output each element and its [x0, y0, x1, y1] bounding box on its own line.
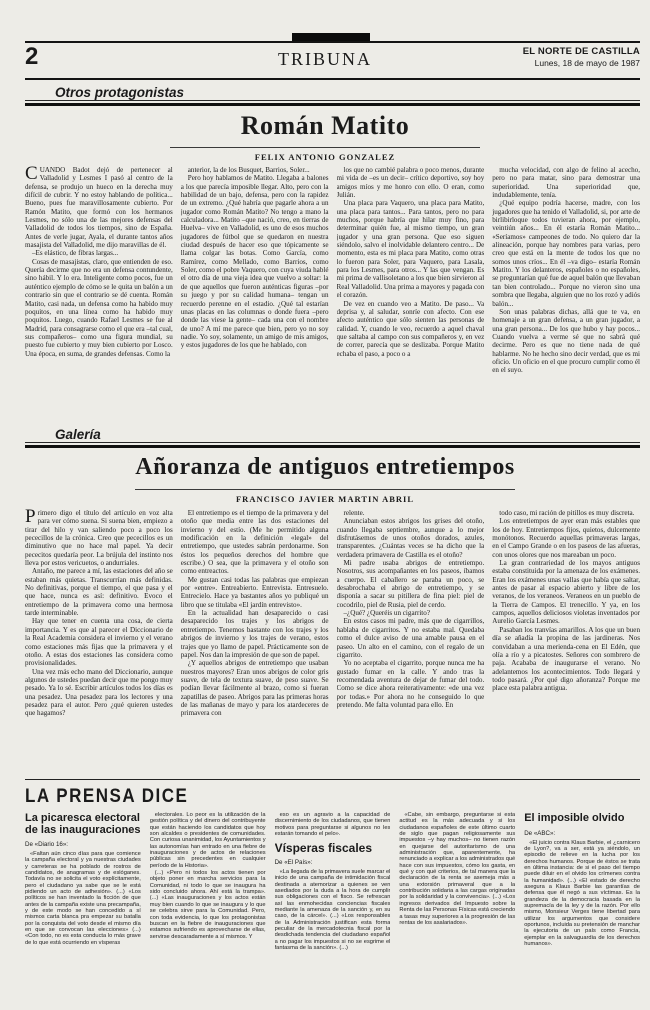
article1-column-4: mucha velocidad, con algo de felino al a…	[492, 166, 640, 422]
paragraph: los que no cambié palabra o poco menos, …	[337, 166, 485, 199]
paragraph: «Cabe, sin embargo, preguntarse si esta …	[399, 812, 515, 926]
kicker-thin-rule	[25, 100, 640, 101]
article2-byline: FRANCISCO JAVIER MARTIN ABRIL	[0, 494, 650, 504]
paragraph: ¿Y aquellos abrigos de entretiempo que u…	[181, 659, 329, 717]
paragraph: relente.	[337, 509, 485, 517]
article1-byline: FELIX ANTONIO GONZALEZ	[0, 152, 650, 162]
paragraph: –Es elástico, de fibras largas...	[25, 249, 173, 257]
paragraph: mucha velocidad, con algo de felino al a…	[492, 166, 640, 199]
paragraph: En la actualidad han desaparecido o casi…	[181, 609, 329, 659]
masthead-block: EL NORTE DE CASTILLA Lunes, 18 de mayo d…	[523, 46, 640, 68]
prensa-column-4: «Cabe, sin embargo, preguntarse si esta …	[399, 812, 515, 1008]
paragraph: «El juicio contra Klaus Barbie, el ¿carn…	[524, 840, 640, 948]
paragraph: Pasaban los tranvías amarillos. A los qu…	[492, 626, 640, 693]
article1-title: Román Matito	[0, 111, 650, 141]
paragraph: ¿Qué equipo podría hacerse, madre, con l…	[492, 199, 640, 307]
article1-column-1: CUANDO Badot dejó de pertenecer al Valla…	[25, 166, 173, 422]
issue-date: Lunes, 18 de mayo de 1987	[523, 58, 640, 68]
paragraph: Los entretiempos de ayer eran más establ…	[492, 517, 640, 559]
paragraph: «Faltan aún cinco días para que comience…	[25, 851, 141, 946]
paragraph: Primero digo el título del artículo en v…	[25, 509, 173, 567]
article2-title-rule	[135, 489, 515, 490]
prensa-column-2: electorales. Lo peor es la utilización d…	[150, 812, 266, 1008]
prensa-column-5: El imposible olvidoDe «ABC»:«El juicio c…	[524, 812, 640, 1008]
paragraph: todo caso, mi ración de pitillos es muy …	[492, 509, 640, 517]
prensa-top-rule	[25, 779, 640, 780]
paragraph: De vez en cuando veo a Matito. De paso..…	[337, 300, 485, 358]
article2-column-2: El entretiempo es el tiempo de la primav…	[181, 509, 329, 779]
article2-column-1: Primero digo el título del artículo en v…	[25, 509, 173, 779]
drop-cap: P	[25, 509, 38, 524]
prensa-column-1: La picaresca electoral de las inauguraci…	[25, 812, 141, 1008]
kicker-thick-rule	[25, 103, 640, 106]
kicker-galeria: Galería	[55, 427, 101, 442]
paragraph: –¿Qué? ¿Queréis un cigarrito?	[337, 609, 485, 617]
newspaper-page: 2 TRIBUNA EL NORTE DE CASTILLA Lunes, 18…	[0, 0, 650, 1010]
paragraph: Yo no aceptaba el cigarrito, porque nunc…	[337, 659, 485, 709]
article1-column-3: los que no cambié palabra o poco menos, …	[337, 166, 485, 422]
paragraph: Antaño, me parece a mí, las estaciones d…	[25, 567, 173, 617]
kicker-otros-protagonistas: Otros protagonistas	[55, 85, 184, 100]
prensa-headline: La picaresca electoral de las inauguraci…	[25, 813, 141, 836]
kicker2-thin-rule	[25, 442, 640, 443]
article2-column-4: todo caso, mi ración de pitillos es muy …	[492, 509, 640, 779]
article2-body: Primero digo el título del artículo en v…	[25, 509, 640, 779]
paragraph: Una vez más echo mano del Diccionario, a…	[25, 668, 173, 718]
prensa-body: La picaresca electoral de las inauguraci…	[25, 812, 640, 1008]
paragraph: eso es un agravio a la capacidad de disc…	[275, 812, 391, 837]
paragraph: Anunciaban estos abrigos los grises del …	[337, 517, 485, 559]
paragraph: Mi padre usaba abrigos de entretiempo. N…	[337, 559, 485, 609]
paragraph: El entretiempo es el tiempo de la primav…	[181, 509, 329, 576]
header-top-rule	[25, 41, 640, 43]
prensa-source: De «ABC»:	[524, 830, 640, 837]
masthead-name: EL NORTE DE CASTILLA	[523, 46, 640, 57]
paragraph: La gran contrariedad de los mayos antigu…	[492, 559, 640, 626]
paragraph: Hay que tener en cuenta una cosa, de cie…	[25, 617, 173, 667]
prensa-headline: El imposible olvido	[524, 813, 640, 825]
paragraph: Una placa para Vaquero, una placa para M…	[337, 199, 485, 299]
paragraph: Son unas palabras dichas, allá que te va…	[492, 308, 640, 375]
article2-title: Añoranza de antiguos entretiempos	[0, 454, 650, 481]
article2-column-3: relente.Anunciaban estos abrigos los gri…	[337, 509, 485, 779]
paragraph: (...) «Pero ni todos los actos tienen po…	[150, 870, 266, 940]
prensa-column-3: eso es un agravio a la capacidad de disc…	[275, 812, 391, 1008]
paragraph: anterior, la de los Busquet, Barrios, So…	[181, 166, 329, 174]
prensa-source: De «Diario 16»:	[25, 841, 141, 848]
paragraph: Pero hoy hablamos de Matito. Llegaba a b…	[181, 174, 329, 349]
article1-body: CUANDO Badot dejó de pertenecer al Valla…	[25, 166, 640, 422]
paragraph: CUANDO Badot dejó de pertenecer al Valla…	[25, 166, 173, 249]
kicker2-thick-rule	[25, 445, 640, 448]
paragraph: electorales. Lo peor es la utilización d…	[150, 812, 266, 869]
prensa-headline: Vísperas fiscales	[275, 843, 391, 855]
article1-column-2: anterior, la de los Busquet, Barrios, So…	[181, 166, 329, 422]
paragraph: Cosas de masajistas, claro, que entiende…	[25, 258, 173, 358]
prensa-source: De «El País»:	[275, 859, 391, 866]
paragraph: «La llegada de la primavera suele marcar…	[275, 869, 391, 951]
article1-title-rule	[170, 147, 480, 148]
prensa-section-title: LA PRENSA DICE	[25, 785, 188, 807]
header-bottom-rule	[25, 78, 640, 80]
paragraph: Me gustan casi todas las palabras que em…	[181, 576, 329, 609]
paragraph: En estos casos mi padre, más que de ciga…	[337, 617, 485, 659]
drop-cap: C	[25, 166, 40, 181]
